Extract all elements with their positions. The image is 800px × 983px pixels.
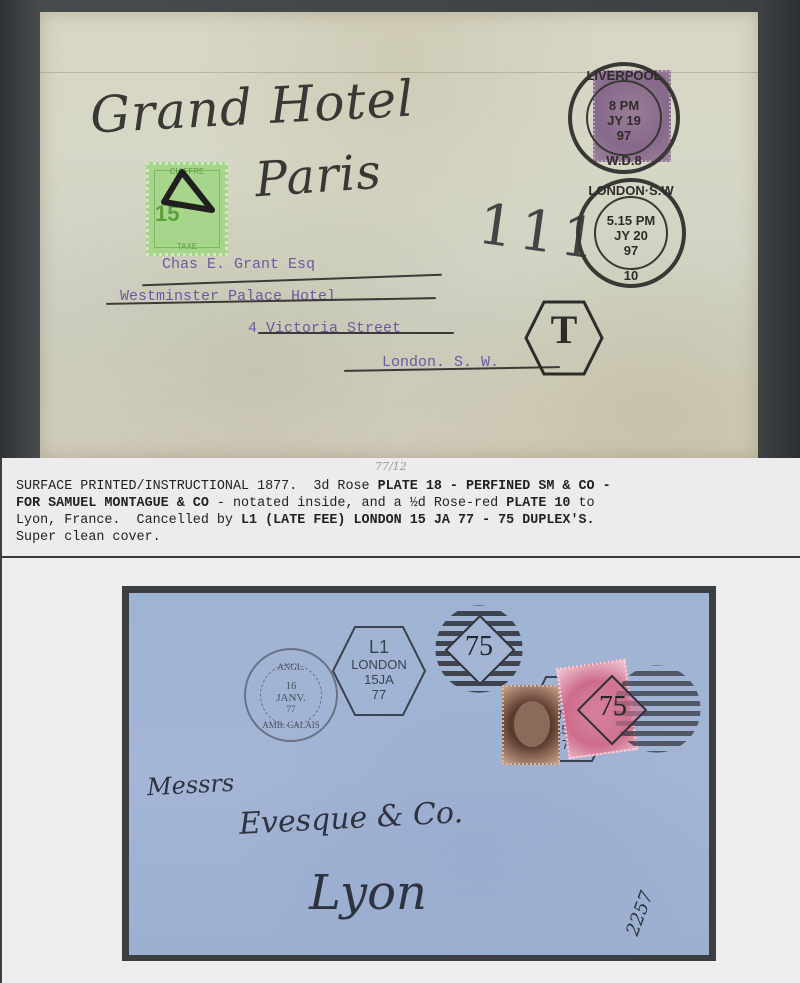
description-segment: - notated inside, and a ½d Rose-red [209, 496, 506, 511]
tax-hexagon-handstamp: T [524, 298, 604, 378]
description-segment: SURFACE PRINTED/INSTRUCTIONAL 1877. 3d R… [16, 479, 378, 494]
stamp-bottom-label: TAXE [149, 242, 225, 251]
envelope-lyon[interactable]: ANGL. 16 JANV. 77 AMB. CALAIS L1 LONDON … [129, 593, 709, 955]
strikethrough-line [258, 332, 454, 334]
cover-mount-frame: ANGL. 16 JANV. 77 AMB. CALAIS L1 LONDON … [122, 586, 716, 961]
liverpool-postmark: LIVERPOOL 8 PM JY 19 97 W.D.8 [568, 62, 680, 174]
handwritten-city: Paris [253, 144, 383, 209]
transit-cds-postmark: ANGL. 16 JANV. 77 AMB. CALAIS [244, 648, 338, 742]
handwritten-addressee: Evesque & Co. [238, 795, 464, 842]
description-segment: PLATE 18 - PERFINED SM & CO - [378, 479, 611, 494]
description-segment: Super clean cover. [16, 530, 161, 545]
queen-head-oval [514, 701, 550, 747]
handwritten-messrs: Messrs [146, 769, 235, 802]
handwritten-city: Lyon [309, 865, 427, 921]
typed-addressee: Chas E. Grant Esq [162, 256, 315, 273]
london-sw-postmark: LONDON·S.W 5.15 PM JY 20 97 10 [576, 178, 686, 288]
description-card: 77/12 SURFACE PRINTED/INSTRUCTIONAL 1877… [2, 458, 800, 558]
triangle-overprint-icon [160, 168, 220, 218]
late-fee-hexagon: L1 LONDON 15JA 77 [331, 623, 427, 719]
description-segment: PLATE 10 [506, 496, 570, 511]
reference-note: 2257 [622, 888, 657, 938]
duplex-numeral: 75 [465, 631, 493, 663]
album-page-bottom: ANGL. 16 JANV. 77 AMB. CALAIS L1 LONDON … [2, 558, 800, 983]
description-text: SURFACE PRINTED/INSTRUCTIONAL 1877. 3d R… [16, 478, 796, 546]
pencil-note: 77/12 [375, 460, 407, 473]
description-segment: L1 (LATE FEE) LONDON 15 JA 77 - 75 DUPLE… [241, 513, 595, 528]
typed-street: 4 Victoria Street [248, 320, 401, 337]
halfpenny-stamp[interactable] [502, 685, 560, 765]
description-segment: FOR SAMUEL MONTAGUE & CO [16, 496, 209, 511]
tax-letter: T [524, 306, 604, 353]
duplex-numeral: 75 [599, 691, 627, 723]
